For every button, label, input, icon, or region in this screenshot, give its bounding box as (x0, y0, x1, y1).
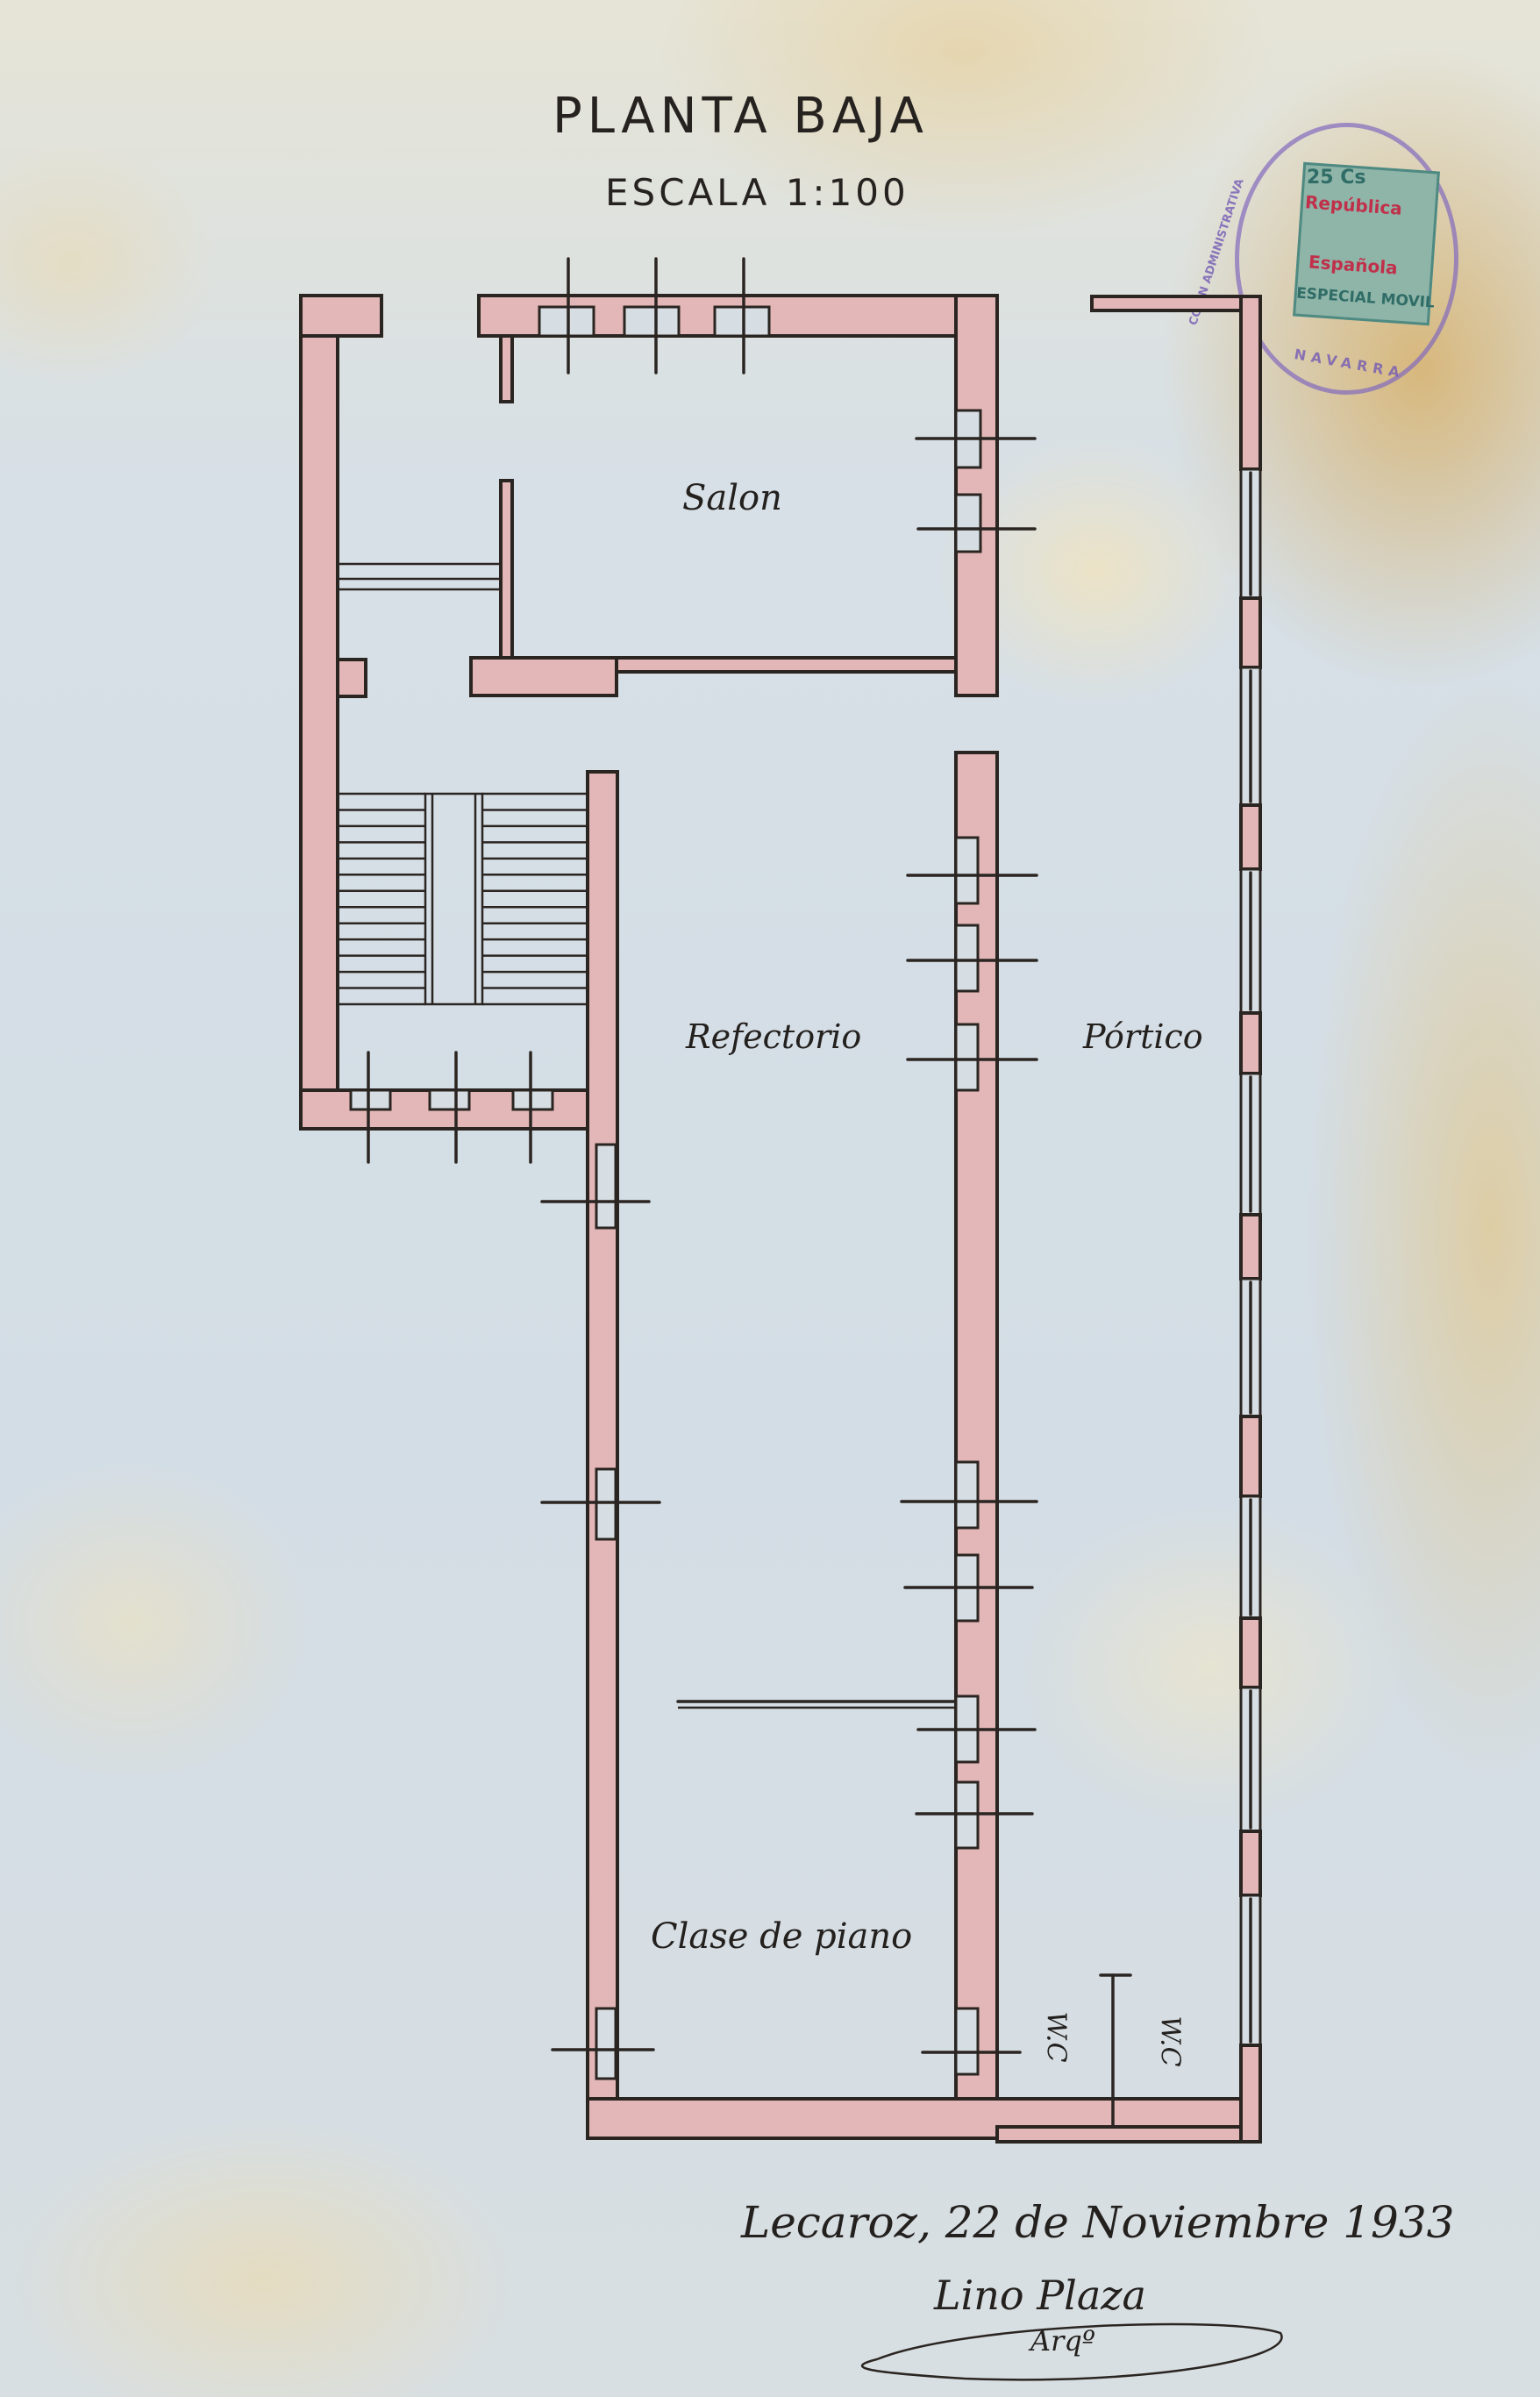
signature-flourish (0, 0, 1540, 2397)
